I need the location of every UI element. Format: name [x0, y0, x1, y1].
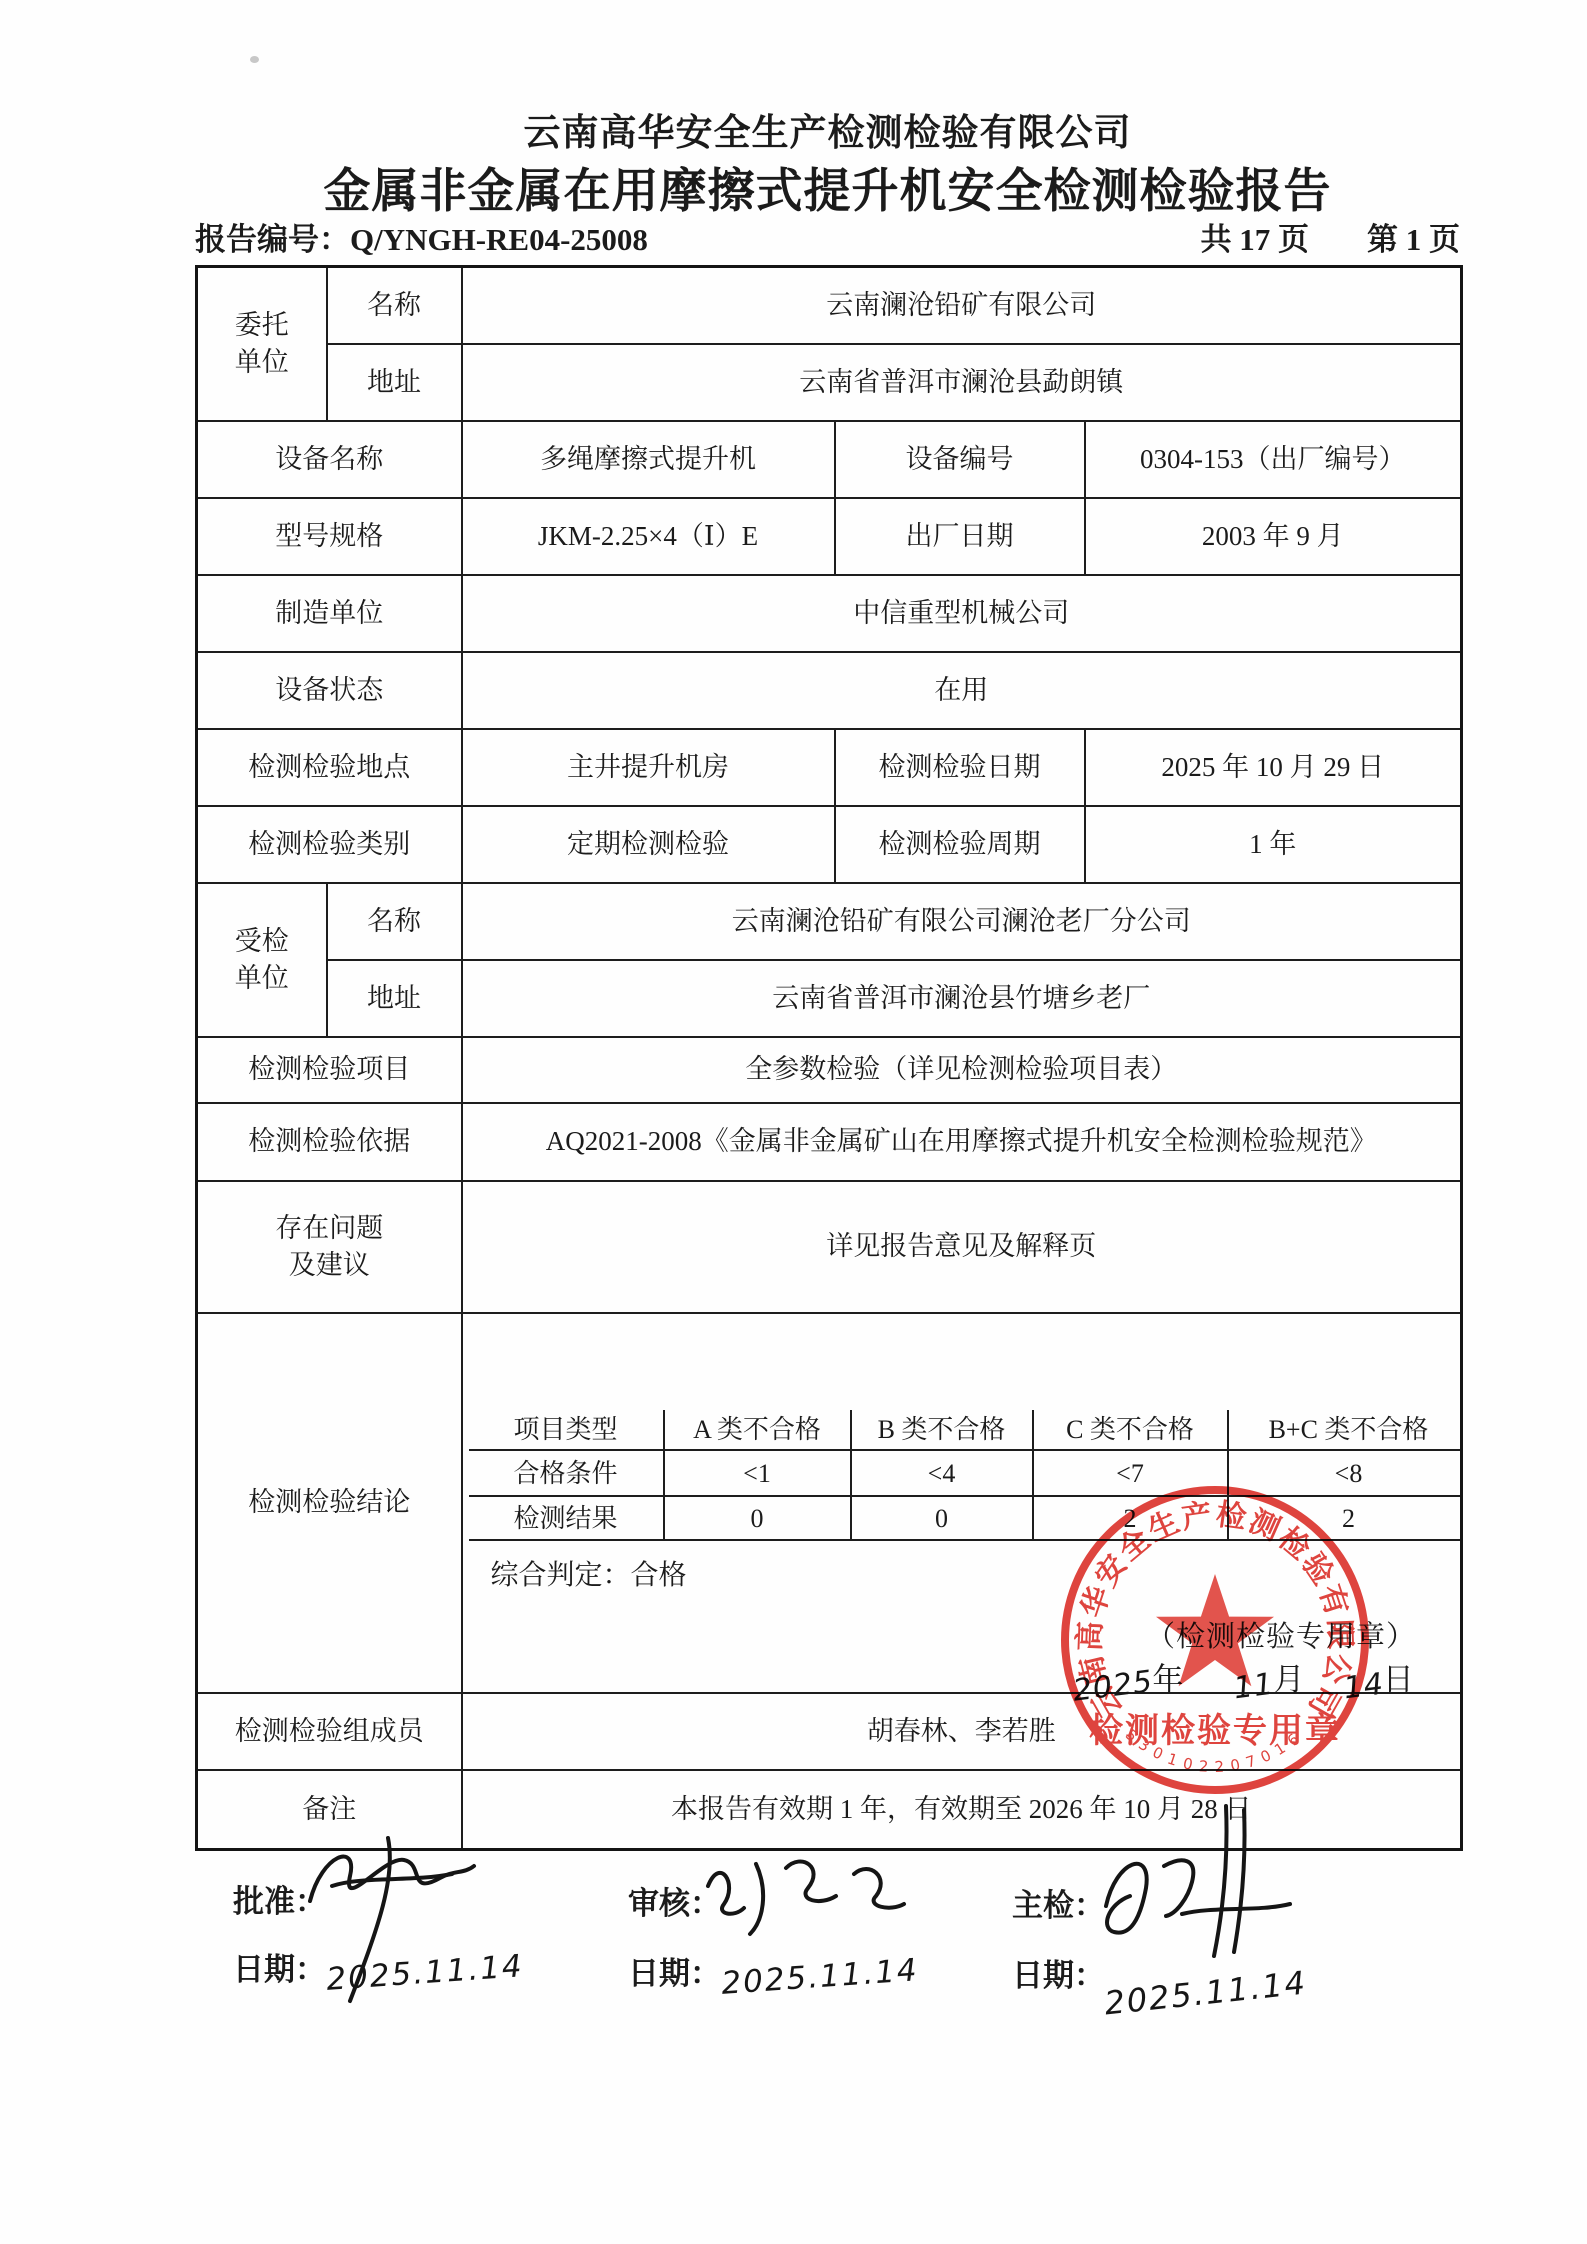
report-meta-line: 报告编号：Q/YNGH-RE04-25008 共 17 页第 1 页: [195, 214, 1460, 259]
basis-value: AQ2021-2008《金属非金属矿山在用摩擦式提升机安全检测检验规范》: [462, 1103, 1462, 1181]
inspected-name-value: 云南澜沧铅矿有限公司澜沧老厂分公司: [462, 883, 1462, 960]
page-indicator: 共 17 页第 1 页: [1143, 214, 1461, 259]
items-value: 全参数检验（详见检测检验项目表）: [462, 1037, 1462, 1103]
equipment-name-label: 设备名称: [197, 421, 462, 498]
problems-value: 详见报告意见及解释页: [462, 1181, 1462, 1313]
status-value: 在用: [462, 652, 1462, 729]
equipment-name-value: 多绳摩擦式提升机: [462, 421, 835, 498]
inspected-name-label: 名称: [327, 883, 462, 960]
model-label: 型号规格: [197, 498, 462, 575]
chief-signature: [1086, 1796, 1306, 1966]
client-name-value: 云南澜沧铅矿有限公司: [462, 267, 1462, 344]
problems-label: 存在问题 及建议: [197, 1181, 462, 1313]
maker-value: 中信重型机械公司: [462, 575, 1462, 652]
review-date-label: 日期：: [628, 1956, 721, 1991]
inspection-date-label: 检测检验日期: [835, 729, 1085, 806]
inspected-group-label: 受检 单位: [197, 883, 327, 1037]
inspection-date-value: 2025 年 10 月 29 日: [1085, 729, 1462, 806]
made-date-value: 2003 年 9 月: [1085, 498, 1462, 575]
review-date-handwriting: 2025.11.14: [720, 1952, 920, 2002]
reviewer-signature: [694, 1838, 914, 1948]
inspection-cycle-value: 1 年: [1085, 806, 1462, 883]
status-label: 设备状态: [197, 652, 462, 729]
review-date-line: 日期：2025.11.14: [628, 1948, 919, 1993]
chief-date-handwriting: 2025.11.14: [1103, 1963, 1309, 2022]
company-title: 云南高华安全生产检测检验有限公司: [195, 102, 1460, 156]
seal-star: [1156, 1574, 1274, 1686]
model-value: JKM-2.25×4（Ⅰ）E: [462, 498, 835, 575]
grid-header-b: B 类不合格: [851, 1410, 1033, 1450]
inspected-addr-value: 云南省普洱市澜沧县竹塘乡老厂: [462, 960, 1462, 1037]
inspection-type-value: 定期检测检验: [462, 806, 835, 883]
grid-header-type: 项目类型: [469, 1410, 664, 1450]
inspection-type-label: 检测检验类别: [197, 806, 462, 883]
basis-label: 检测检验依据: [197, 1103, 462, 1181]
grid-header-c: C 类不合格: [1033, 1410, 1228, 1450]
seal-date-day-unit: 日: [1383, 1654, 1414, 1699]
scan-artifact: [250, 56, 259, 63]
seal-bottom-text: 检测检验专用章: [1089, 1711, 1341, 1750]
grid-condition-label: 合格条件: [469, 1450, 664, 1496]
equipment-no-label: 设备编号: [835, 421, 1085, 498]
pages-total: 共 17 页: [1201, 222, 1310, 257]
team-label: 检测检验组成员: [197, 1693, 462, 1770]
equipment-no-value: 0304-153（出厂编号）: [1085, 421, 1462, 498]
report-page: 云南高华安全生产检测检验有限公司 金属非金属在用摩擦式提升机安全检测检验报告 报…: [0, 0, 1587, 2244]
inspection-place-label: 检测检验地点: [197, 729, 462, 806]
grid-result-a: 0: [664, 1496, 851, 1540]
inspection-place-value: 主井提升机房: [462, 729, 835, 806]
client-group-label: 委托 单位: [197, 267, 327, 421]
client-addr-label: 地址: [327, 344, 462, 421]
grid-condition-b: <4: [851, 1450, 1033, 1496]
inspection-cycle-label: 检测检验周期: [835, 806, 1085, 883]
client-addr-value: 云南省普洱市澜沧县勐朗镇: [462, 344, 1462, 421]
items-label: 检测检验项目: [197, 1037, 462, 1103]
report-number-label: 报告编号：: [195, 222, 350, 257]
approve-date-line: 日期：2025.11.14: [233, 1944, 524, 1989]
inspected-addr-label: 地址: [327, 960, 462, 1037]
client-name-label: 名称: [327, 267, 462, 344]
report-number-value: Q/YNGH-RE04-25008: [350, 222, 648, 257]
report-number: 报告编号：Q/YNGH-RE04-25008: [195, 214, 648, 259]
grid-result-label: 检测结果: [469, 1496, 664, 1540]
made-date-label: 出厂日期: [835, 498, 1085, 575]
report-title: 金属非金属在用摩擦式提升机安全检测检验报告: [195, 154, 1460, 221]
grid-header-a: A 类不合格: [664, 1410, 851, 1450]
maker-label: 制造单位: [197, 575, 462, 652]
grid-result-b: 0: [851, 1496, 1033, 1540]
chief-date-label: 日期：: [1012, 1958, 1105, 1993]
approve-date-label: 日期：: [233, 1952, 326, 1987]
chief-date-line: 日期：: [1012, 1950, 1105, 1995]
grid-header-bc: B+C 类不合格: [1228, 1410, 1462, 1450]
page-current: 第 1 页: [1367, 222, 1460, 257]
company-seal: 云南高华安全生产检测检验有限公司 检测检验专用章 530102207016: [1055, 1480, 1375, 1800]
grid-condition-a: <1: [664, 1450, 851, 1496]
conclusion-label: 检测检验结论: [197, 1313, 462, 1693]
